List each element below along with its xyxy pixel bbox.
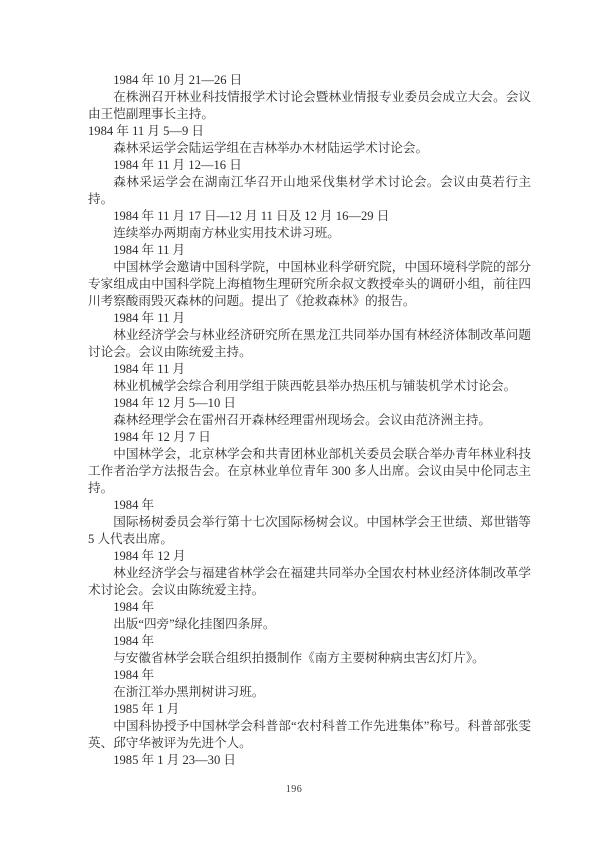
entry-date-line: 1984 年	[88, 599, 531, 616]
entry-date-line: 1984 年	[88, 497, 531, 514]
entry-body: 森林经理学会在雷州召开森林经理雷州现场会。会议由范济洲主持。	[88, 412, 531, 429]
entry-date-line: 1984 年 11 月	[88, 242, 531, 259]
entry-body: 林业机械学会综合利用学组于陕西乾县举办热压机与铺装机学术讨论会。	[88, 378, 531, 395]
entry-body: 中国林学会，北京林学会和共青团林业部机关委员会联合举办青年林业科技工作者治学方法…	[88, 446, 531, 497]
book-page: 1984 年 10 月 21—26 日 在株洲召开林业科技情报学术讨论会暨林业情…	[0, 0, 600, 848]
entry-date-line: 1984 年 11 月 12—16 日	[88, 157, 531, 174]
entry-date-line: 1984 年 12 月	[88, 548, 531, 565]
page-number: 196	[0, 784, 588, 795]
entry-body: 在株洲召开林业科技情报学术讨论会暨林业情报专业委员会成立大会。会议由王恺副理事长…	[88, 89, 531, 123]
entry-date-line: 1984 年 11 月	[88, 310, 531, 327]
entry-body: 中国林学会邀请中国科学院，中国林业科学研究院，中国环境科学院的部分专家组成由中国…	[88, 259, 531, 310]
entry-body: 国际杨树委员会举行第十七次国际杨树会议。中国林学会王世绩、郑世锴等 5 人代表出…	[88, 514, 531, 548]
entry-date-line: 1984 年 11 月 5—9 日	[88, 123, 531, 140]
entry-body: 森林采运学会陆运学组在吉林举办木材陆运学术讨论会。	[88, 140, 531, 157]
entry-date-line: 1985 年 1 月 23—30 日	[88, 752, 531, 769]
entry-body: 林业经济学会与林业经济研究所在黑龙江共同举办国有林经济体制改革问题讨论会。会议由…	[88, 327, 531, 361]
entry-body: 连续举办两期南方林业实用技术讲习班。	[88, 225, 531, 242]
entry-body: 林业经济学会与福建省林学会在福建共同举办全国农村林业经济体制改革学术讨论会。会议…	[88, 565, 531, 599]
entry-body: 在浙江举办黑荆树讲习班。	[88, 684, 531, 701]
chronology-entries: 1984 年 10 月 21—26 日 在株洲召开林业科技情报学术讨论会暨林业情…	[88, 72, 531, 769]
entry-date-line: 1984 年 12 月 7 日	[88, 429, 531, 446]
entry-body: 中国科协授予中国林学会科普部“农村科普工作先进集体”称号。科普部张雯英、邱守华被…	[88, 718, 531, 752]
entry-body: 森林采运学会在湖南江华召开山地采伐集材学术讨论会。会议由莫若行主持。	[88, 174, 531, 208]
entry-date-line: 1984 年	[88, 667, 531, 684]
entry-date-line: 1984 年 10 月 21—26 日	[88, 72, 531, 89]
entry-date-line: 1984 年 11 月	[88, 361, 531, 378]
entry-date-line: 1984 年	[88, 633, 531, 650]
entry-date-line: 1984 年 12 月 5—10 日	[88, 395, 531, 412]
entry-date-line: 1985 年 1 月	[88, 701, 531, 718]
entry-body: 与安徽省林学会联合组织拍摄制作《南方主要树种病虫害幻灯片》。	[88, 650, 531, 667]
entry-body: 出版“四旁”绿化挂图四条屏。	[88, 616, 531, 633]
entry-date-line: 1984 年 11 月 17 日—12 月 11 日及 12 月 16—29 日	[88, 208, 531, 225]
